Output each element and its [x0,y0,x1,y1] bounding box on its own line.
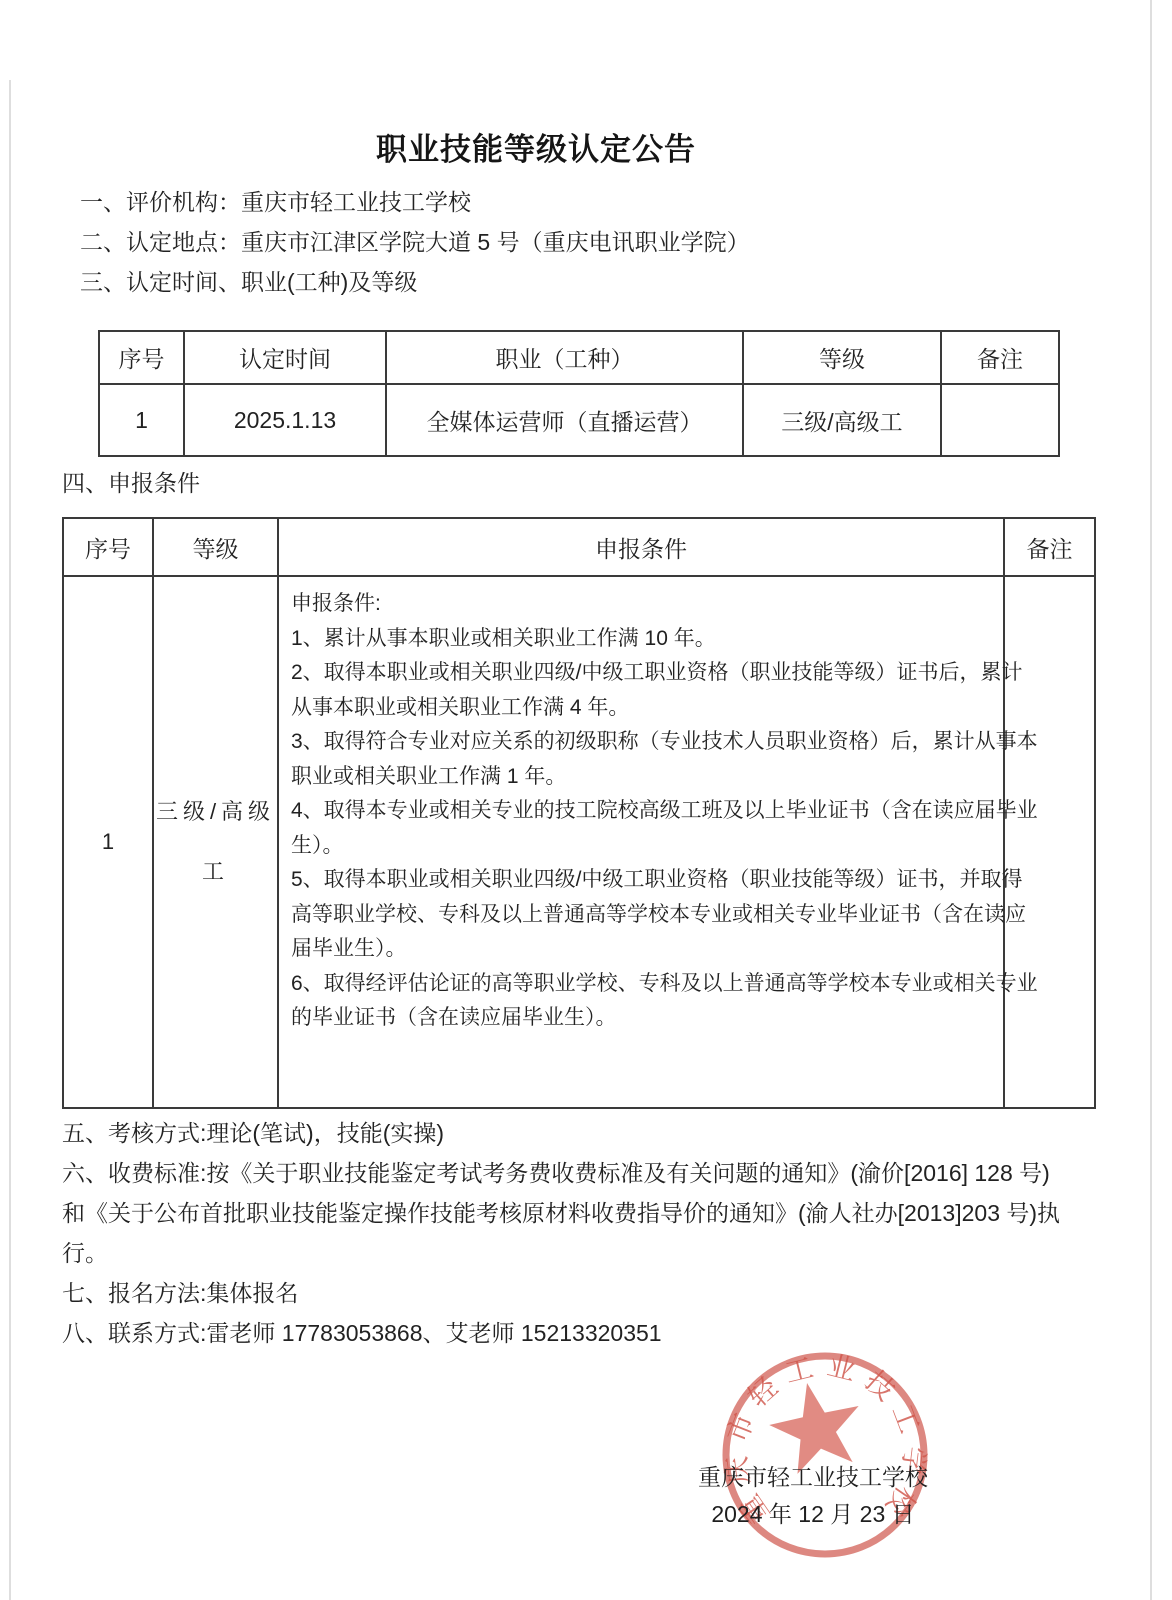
header-occupation: 职业（工种） [386,331,743,384]
conditions-line: 3、取得符合专业对应关系的初级职称（专业技术人员职业资格）后，累计从事本 [291,725,993,760]
bottom-item-list: 五、考核方式:理论(笔试)，技能(实操) 六、收费标准:按《关于职业技能鉴定考试… [62,1113,1102,1353]
document-page: 职业技能等级认定公告 一、评价机构：重庆市轻工业技工学校 二、认定地点：重庆市江… [0,0,1172,1600]
conditions-line: 生）。 [291,829,993,864]
header-seq: 序号 [99,331,184,384]
requirements-data-row: 1 三级/高级 工 申报条件: 1、累计从事本职业或相关职业工作满 10 年。 … [63,576,1095,1108]
item-fee-line-1: 六、收费标准:按《关于职业技能鉴定考试考务费收费标准及有关问题的通知》(渝价[2… [62,1153,1102,1193]
cell-remark [1004,576,1095,1108]
header-seq: 序号 [63,518,153,576]
cell-remark [941,384,1059,456]
conditions-line: 申报条件: [291,587,993,622]
conditions-line: 6、取得经评估论证的高等职业学校、专科及以上普通高等学校本专业或相关专业 [291,967,993,1002]
cell-level: 三级/高级 工 [153,576,278,1108]
cell-level: 三级/高级工 [743,384,941,456]
signature-block: 重庆市轻工业技工学校 2024 年 12 月 23 日 [598,1459,1028,1533]
scan-edge-right [1150,0,1152,1600]
conditions-line: 4、取得本专业或相关专业的技工院校高级工班及以上毕业证书（含在读应届毕业 [291,794,993,829]
requirements-table: 序号 等级 申报条件 备注 1 三级/高级 工 申报条件: 1、累计从事本职业或… [62,517,1096,1109]
conditions-line: 1、累计从事本职业或相关职业工作满 10 年。 [291,622,993,657]
cell-occupation: 全媒体运营师（直播运营） [386,384,743,456]
signature-date: 2024 年 12 月 23 日 [598,1496,1028,1533]
header-remark: 备注 [1004,518,1095,576]
conditions-cell-text: 申报条件: 1、累计从事本职业或相关职业工作满 10 年。 2、取得本职业或相关… [279,577,1003,1036]
level-line: 工 [154,842,277,902]
signature-org: 重庆市轻工业技工学校 [598,1459,1028,1496]
cell-conditions: 申报条件: 1、累计从事本职业或相关职业工作满 10 年。 2、取得本职业或相关… [278,576,1004,1108]
header-remark: 备注 [941,331,1059,384]
header-level: 等级 [743,331,941,384]
cell-seq: 1 [63,576,153,1108]
conditions-line: 的毕业证书（含在读应届毕业生）。 [291,1001,993,1036]
schedule-data-row: 1 2025.1.13 全媒体运营师（直播运营） 三级/高级工 [99,384,1059,456]
cell-seq: 1 [99,384,184,456]
conditions-line: 高等职业学校、专科及以上普通高等学校本专业或相关专业毕业证书（含在读应 [291,898,993,933]
conditions-line: 届毕业生）。 [291,932,993,967]
item-contact: 八、联系方式:雷老师 17783053868、艾老师 15213320351 [62,1313,1102,1353]
level-line: 三级/高级 [154,782,277,842]
schedule-table: 序号 认定时间 职业（工种） 等级 备注 1 2025.1.13 全媒体运营师（… [98,330,1060,457]
item-exam-method: 五、考核方式:理论(笔试)，技能(实操) [62,1113,1102,1153]
scan-edge-left [9,80,11,1600]
item-location: 二、认定地点：重庆市江津区学院大道 5 号（重庆电讯职业学院） [80,222,750,262]
header-conditions: 申报条件 [278,518,1004,576]
item-signup-method: 七、报名方法:集体报名 [62,1273,1102,1313]
header-level: 等级 [153,518,278,576]
cell-time: 2025.1.13 [184,384,386,456]
header-time: 认定时间 [184,331,386,384]
item-evaluation-org: 一、评价机构：重庆市轻工业技工学校 [80,182,750,222]
conditions-line: 5、取得本职业或相关职业四级/中级工职业资格（职业技能等级）证书，并取得 [291,863,993,898]
item-fee-line-2: 和《关于公布首批职业技能鉴定操作技能考核原材料收费指导价的通知》(渝人社办[20… [62,1193,1102,1233]
item-fee-line-3: 行。 [62,1233,1102,1273]
schedule-header-row: 序号 认定时间 职业（工种） 等级 备注 [99,331,1059,384]
conditions-line: 从事本职业或相关职业工作满 4 年。 [291,691,993,726]
top-item-list: 一、评价机构：重庆市轻工业技工学校 二、认定地点：重庆市江津区学院大道 5 号（… [80,182,750,302]
conditions-line: 2、取得本职业或相关职业四级/中级工职业资格（职业技能等级）证书后，累计 [291,656,993,691]
item-requirements-heading: 四、申报条件 [62,468,200,498]
conditions-line: 职业或相关职业工作满 1 年。 [291,760,993,795]
page-title: 职业技能等级认定公告 [0,124,1072,169]
item-schedule-heading: 三、认定时间、职业(工种)及等级 [80,262,750,302]
requirements-header-row: 序号 等级 申报条件 备注 [63,518,1095,576]
